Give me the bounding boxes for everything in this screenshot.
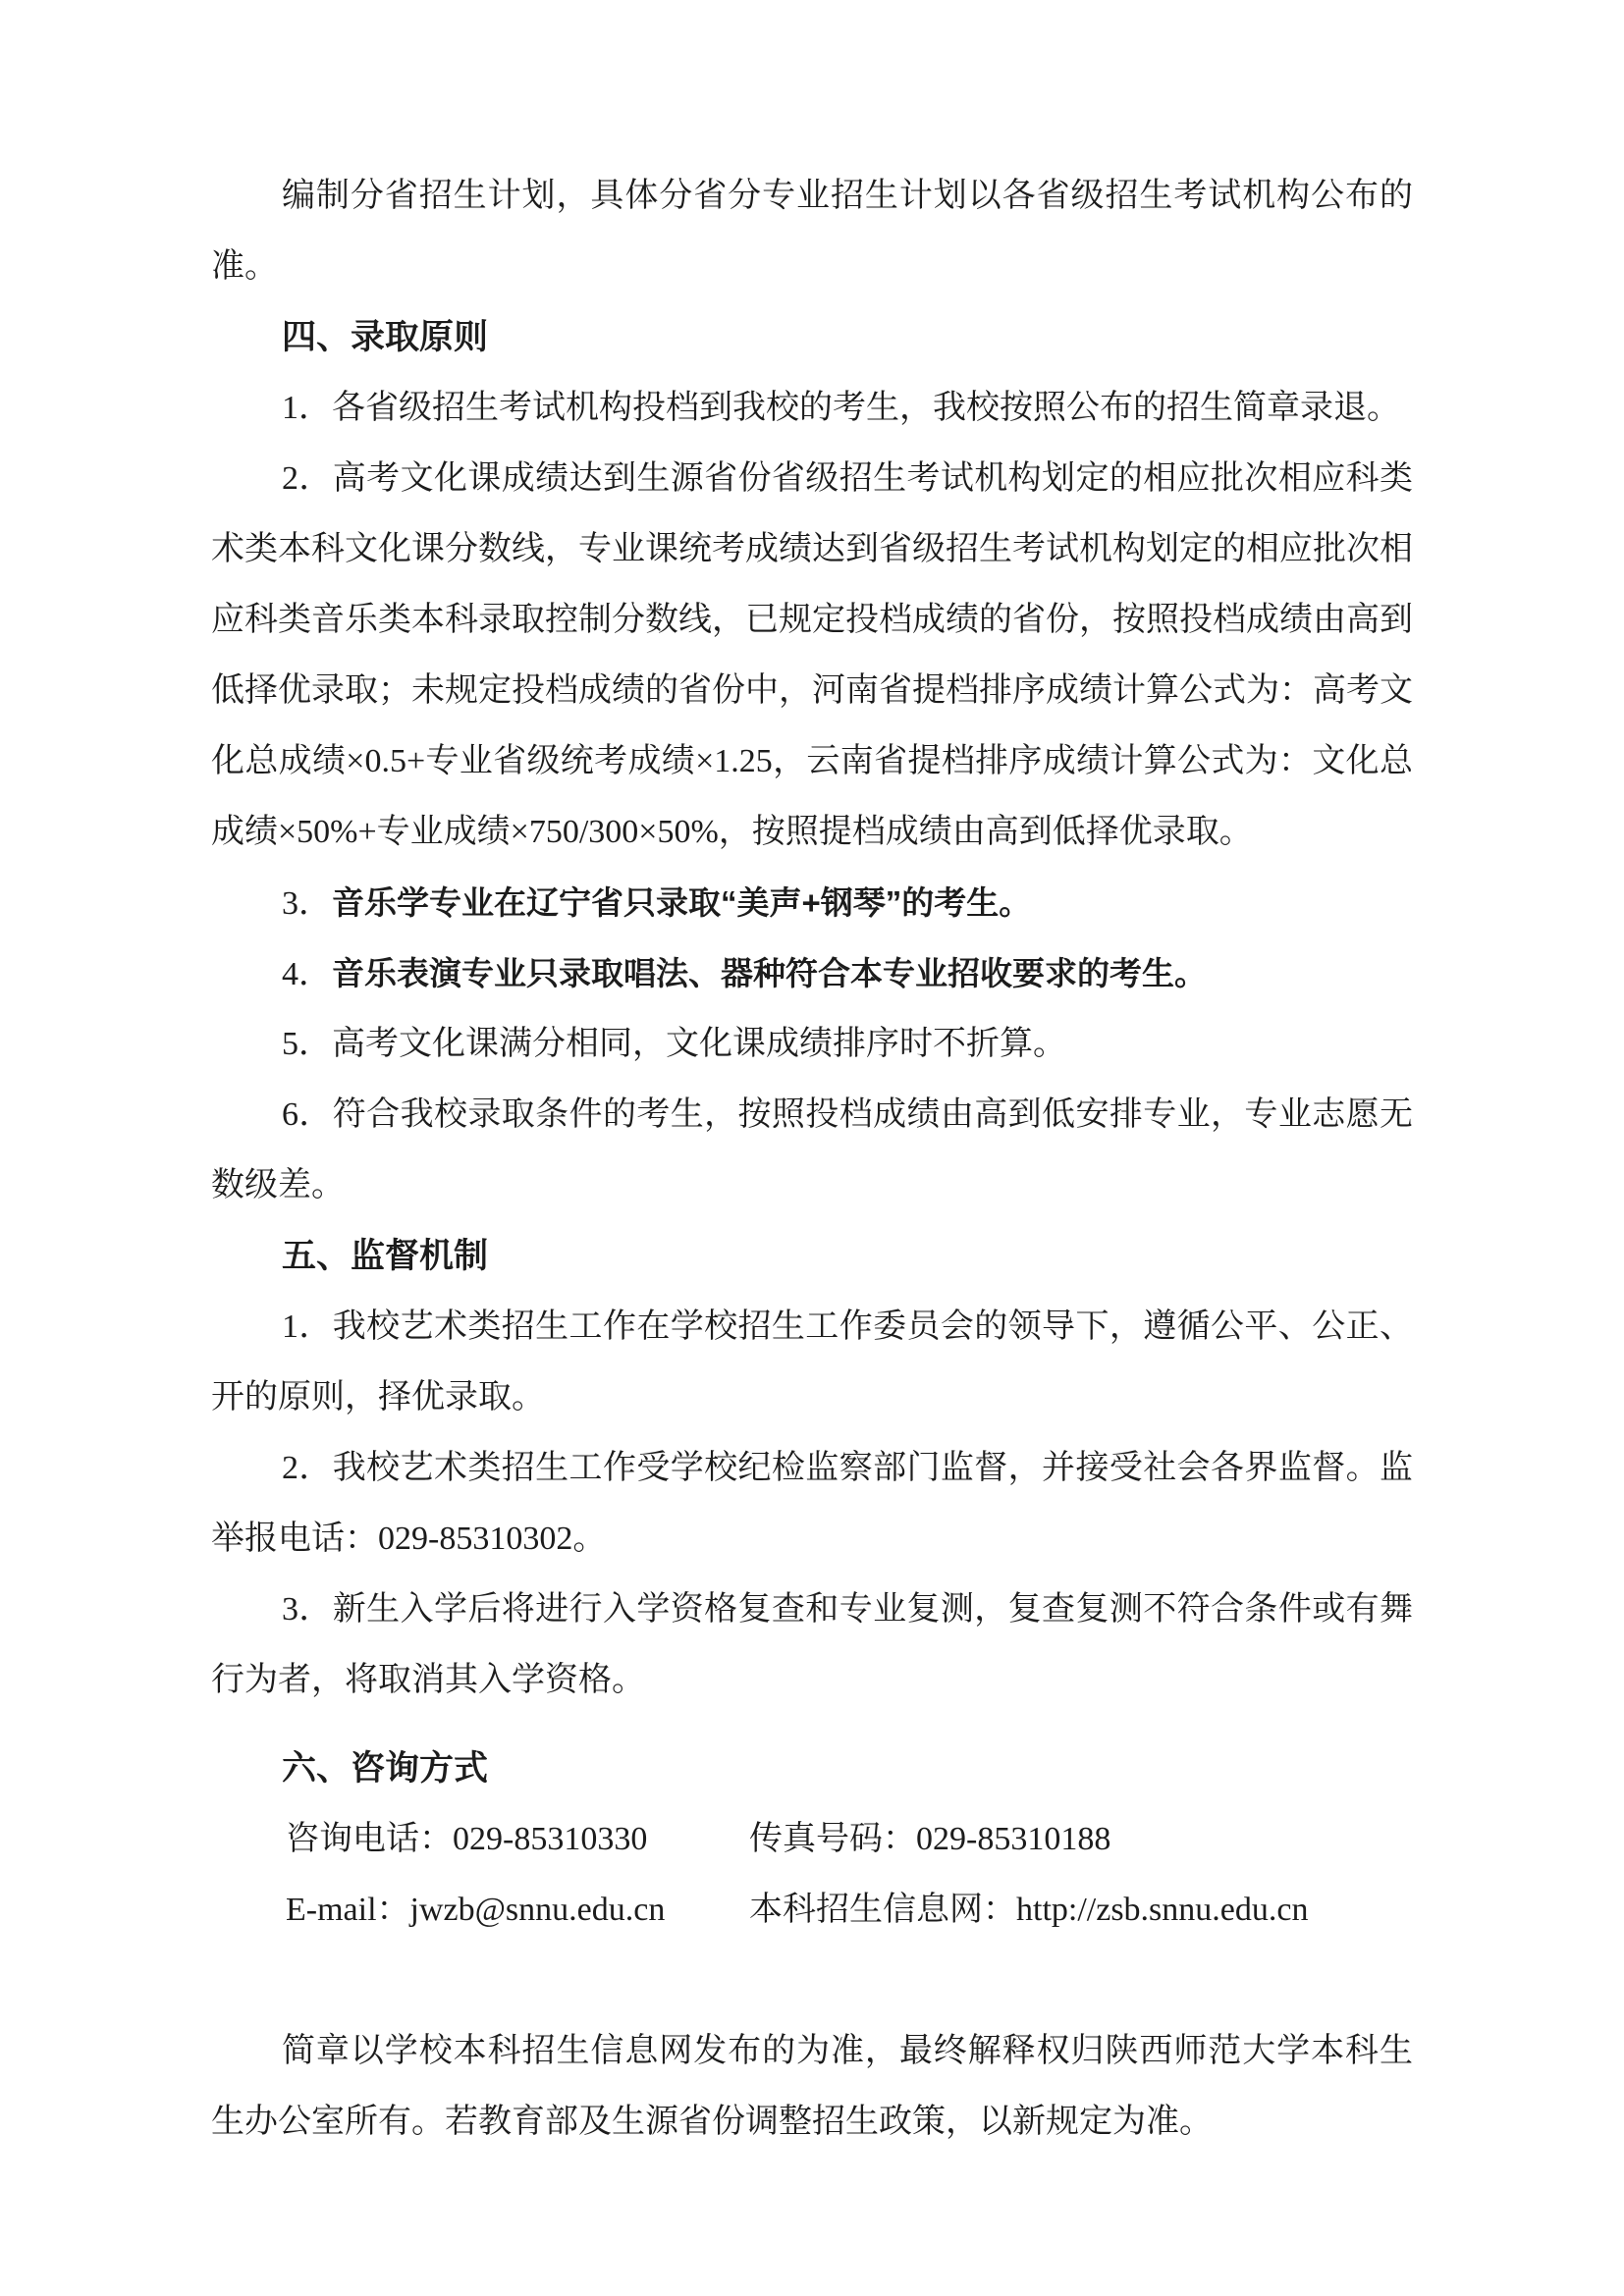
section-4-item-2-line-1: 2．高考文化课成绩达到生源省份省级招生考试机构划定的相应批次相应科类艺 [211, 444, 1413, 514]
section-4-item-2-line-3: 应科类音乐类本科录取控制分数线，已规定投档成绩的省份，按照投档成绩由高到 [211, 585, 1413, 656]
closing-paragraph-line-2: 生办公室所有。若教育部及生源省份调整招生政策，以新规定为准。 [211, 2087, 1413, 2158]
section-5-item-2-line-1: 2．我校艺术类招生工作受学校纪检监察部门监督，并接受社会各界监督。监督 [211, 1433, 1413, 1504]
section-6-heading: 六、咨询方式 [211, 1734, 1413, 1804]
section-5-item-2-line-2: 举报电话：029-85310302。 [211, 1504, 1413, 1575]
opening-paragraph-line-2: 准。 [211, 232, 1413, 302]
section-4-heading: 四、录取原则 [211, 302, 1413, 373]
section-gap [211, 1716, 1413, 1734]
item-3-text: 音乐学专业在辽宁省只录取“美声+钢琴”的考生。 [332, 884, 1031, 921]
opening-paragraph-line-1: 编制分省招生计划，具体分省分专业招生计划以各省级招生考试机构公布的为 [211, 161, 1413, 232]
section-4-item-2-line-4: 低择优录取；未规定投档成绩的省份中，河南省提档排序成绩计算公式为：高考文 [211, 656, 1413, 726]
section-5-item-3-line-1: 3．新生入学后将进行入学资格复查和专业复测，复查复测不符合条件或有舞弊 [211, 1575, 1413, 1645]
section-4-item-2-line-6: 成绩×50%+专业成绩×750/300×50%，按照提档成绩由高到低择优录取。 [211, 797, 1413, 868]
section-4-item-5: 5．高考文化课满分相同，文化课成绩排序时不折算。 [211, 1009, 1413, 1080]
fax-number: 传真号码：029-85310188 [749, 1804, 1110, 1875]
section-4-item-6-line-2: 数级差。 [211, 1150, 1413, 1221]
admission-website: 本科招生信息网：http://zsb.snnu.edu.cn [749, 1875, 1308, 1946]
section-4-item-2-line-2: 术类本科文化课分数线，专业课统考成绩达到省级招生考试机构划定的相应批次相 [211, 514, 1413, 585]
section-4-item-1: 1．各省级招生考试机构投档到我校的考生，我校按照公布的招生简章录退。 [211, 373, 1413, 444]
closing-gap [211, 1946, 1413, 2016]
email-address: E-mail：jwzb@snnu.edu.cn [286, 1892, 665, 1928]
item-4-text: 音乐表演专业只录取唱法、器种符合本专业招收要求的考生。 [332, 955, 1207, 991]
contact-row-phone-fax: 咨询电话：029-85310330 传真号码：029-85310188 [211, 1804, 1413, 1875]
section-5-item-1-line-2: 开的原则，择优录取。 [211, 1362, 1413, 1433]
section-5-heading: 五、监督机制 [211, 1221, 1413, 1292]
section-4-item-6-line-1: 6．符合我校录取条件的考生，按照投档成绩由高到低安排专业，专业志愿无分 [211, 1080, 1413, 1150]
item-3-number: 3． [282, 885, 332, 922]
section-5-item-3-line-2: 行为者，将取消其入学资格。 [211, 1645, 1413, 1716]
document-page: 编制分省招生计划，具体分省分专业招生计划以各省级招生考试机构公布的为 准。 四、… [0, 0, 1624, 2296]
section-4-item-4: 4．音乐表演专业只录取唱法、器种符合本专业招收要求的考生。 [211, 938, 1413, 1009]
closing-paragraph-line-1: 简章以学校本科招生信息网发布的为准，最终解释权归陕西师范大学本科生招 [211, 2016, 1413, 2087]
contact-row-email-web: E-mail：jwzb@snnu.edu.cn 本科招生信息网：http://z… [211, 1875, 1413, 1946]
section-4-item-3: 3．音乐学专业在辽宁省只录取“美声+钢琴”的考生。 [211, 868, 1413, 938]
item-4-number: 4． [282, 956, 332, 992]
section-5-item-1-line-1: 1．我校艺术类招生工作在学校招生工作委员会的领导下，遵循公平、公正、公 [211, 1292, 1413, 1362]
consult-phone: 咨询电话：029-85310330 [286, 1821, 647, 1857]
section-4-item-2-line-5: 化总成绩×0.5+专业省级统考成绩×1.25，云南省提档排序成绩计算公式为：文化… [211, 726, 1413, 797]
